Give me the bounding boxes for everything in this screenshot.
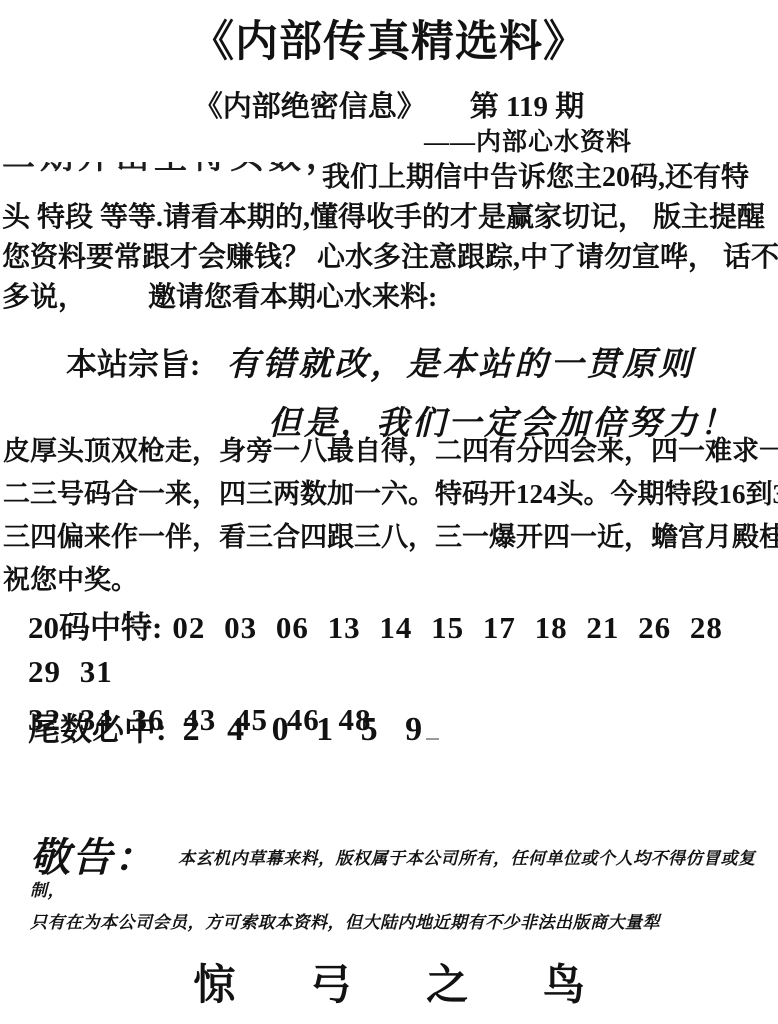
page-title: 《内部传真精选料》 (0, 8, 778, 69)
tails-digits: 2 4 0 1 5 9 (183, 711, 424, 748)
intro-line-3: 您资料要常跟才会赚钱？ 心水多注意跟踪,中了请勿宣哗， 话不 (2, 238, 776, 278)
scan-artifact-dash (426, 734, 439, 740)
motto-label: 本站宗旨: (66, 347, 200, 382)
intro-line4-left: 多说， (2, 282, 86, 313)
notice-label: 敬告： (30, 835, 156, 880)
tip-poem: 皮厚头顶双枪走，身旁一八最自得，二四有分四会来，四一难求一来合 二三号码合一来，… (3, 430, 775, 602)
issue-number: 第 119 期 (470, 84, 584, 125)
poem-line-1: 皮厚头顶双枪走，身旁一八最自得，二四有分四会来，四一难求一来合 (3, 430, 775, 473)
poem-line-3: 三四偏来作一伴，看三合四跟三八，三一爆开四一近，蟾宫月殿桂飘香。 (3, 516, 775, 559)
tails-label: 尾数必中: (28, 711, 167, 747)
picks-row-1: 20码中特:02 03 06 13 14 15 17 18 21 26 28 2… (28, 606, 770, 694)
intro-line-4: 多说，邀请您看本期心水来料: (2, 278, 776, 318)
intro-line1-text: 我们上期信中告诉您主20码,还有特 (322, 162, 749, 193)
intro-paragraph: 二期开出主特头数，我们上期信中告诉您主20码,还有特 头 特段 等等.请看本期的… (2, 158, 776, 318)
poem-line-4: 祝您中奖。 (3, 559, 775, 602)
subtitle-row: 《内部绝密信息》 第 119 期 (0, 84, 778, 125)
site-motto: 本站宗旨:有错就改，是本站的一贯原则 但是，我们一定会加倍努力！ (66, 338, 768, 444)
notice-line-2: 只有在为本公司会员，方可索取本资料，但大陆内地近期有不少非法出版商大量犁 (30, 908, 762, 933)
intro-invite: 邀请您看本期心水来料: (148, 282, 437, 313)
picks-label: 20码中特: (28, 610, 162, 645)
subtitle-note: ——内部心水资料 (424, 122, 632, 158)
intro-line-1: 二期开出主特头数，我们上期信中告诉您主20码,还有特 (2, 158, 776, 198)
tails-section: 尾数必中:2 4 0 1 5 9 (28, 704, 439, 750)
series-name: 《内部绝密信息》 (194, 84, 426, 125)
poem-line-2: 二三号码合一来，四三两数加一六。特码开124头。今期特段16到37， (3, 473, 775, 516)
intro-line-2: 头 特段 等等.请看本期的,懂得收手的才是赢家切记， 版主提醒 (2, 198, 776, 238)
erased-text-fragment: 二期开出主特头数， (2, 162, 322, 198)
fax-sheet: 《内部传真精选料》 《内部绝密信息》 第 119 期 ——内部心水资料 二期开出… (0, 0, 778, 1024)
footer-idiom: 惊 弓 之 鸟 (0, 952, 778, 1012)
copyright-notice: 敬告：本玄机内草幕来料，版权属于本公司所有，任何单位或个人均不得仿冒或复制， 只… (30, 826, 762, 933)
motto-line-1: 有错就改，是本站的一贯原则 (226, 344, 694, 383)
